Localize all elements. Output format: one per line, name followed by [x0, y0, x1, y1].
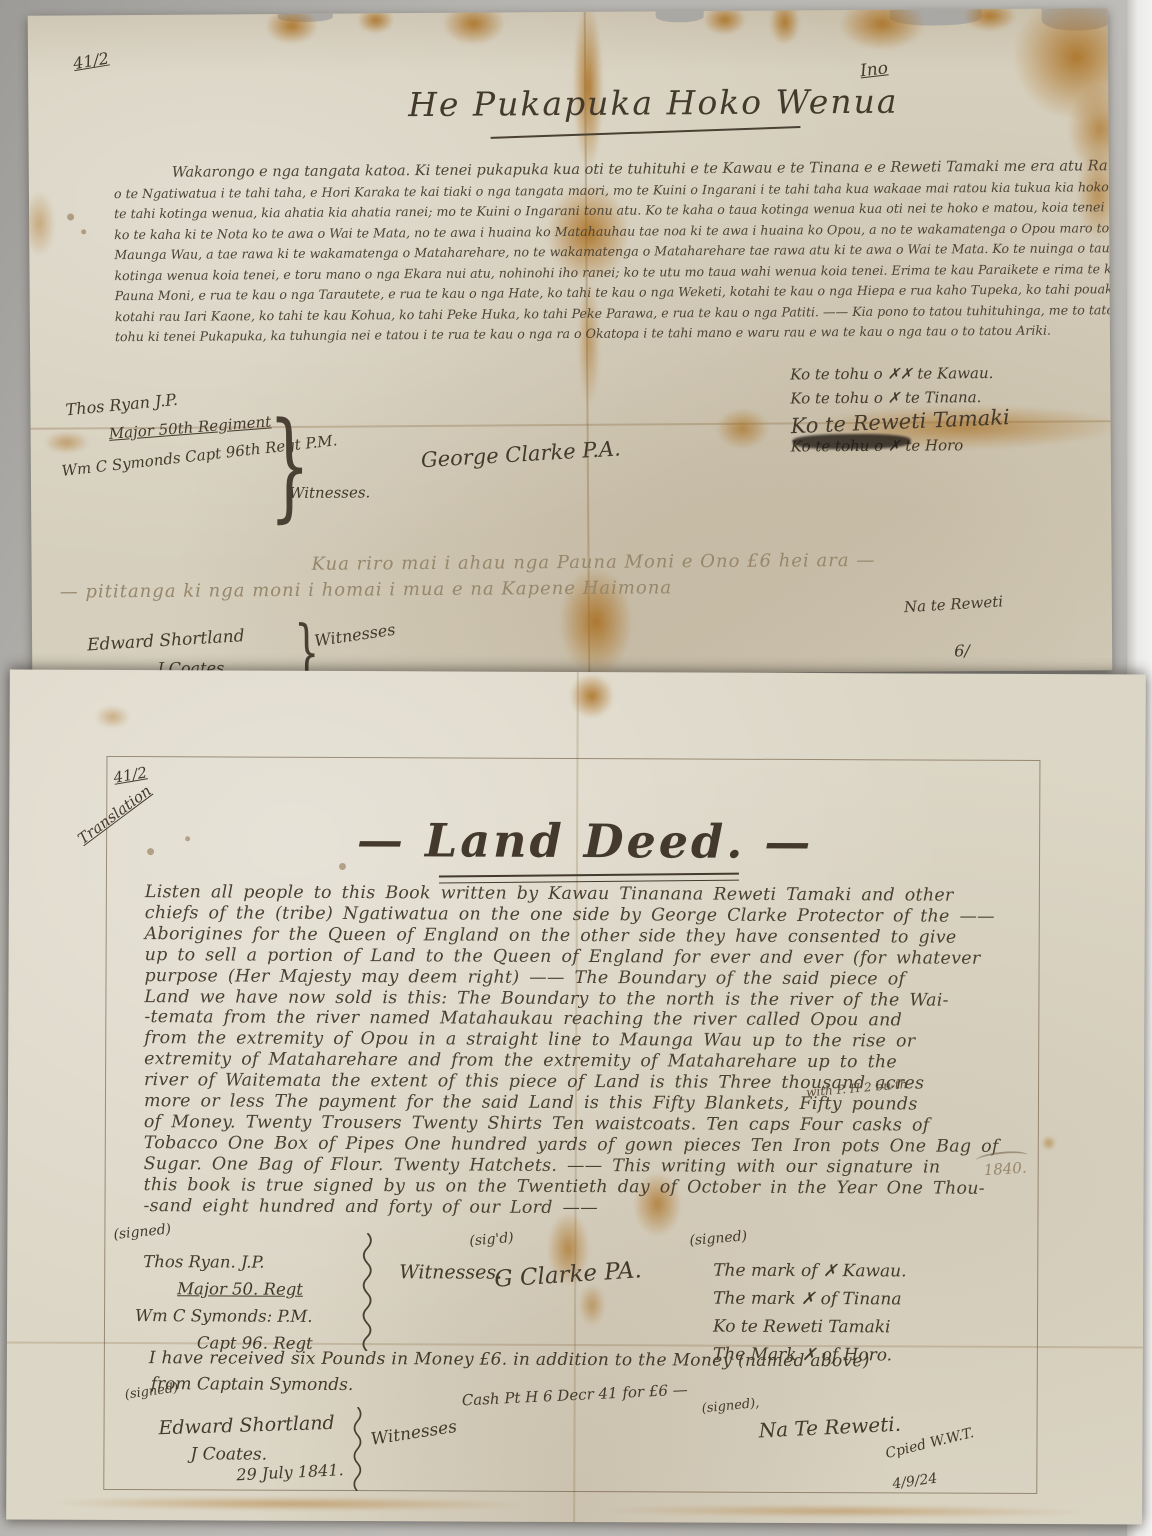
witness-name: Thos Ryan. J.P. [135, 1248, 313, 1276]
title-underline [491, 126, 801, 139]
witnesses-brace [359, 1233, 376, 1351]
margin-year-note: 1840. [983, 1158, 1027, 1179]
ink-smear [793, 434, 911, 450]
stain [704, 8, 746, 35]
deed-body: Listen all people to this Book written b… [143, 882, 1029, 1220]
receipt-line: — pititanga ki nga moni i homai i mua e … [60, 577, 673, 602]
witness-name: Major 50. Regt [135, 1275, 313, 1303]
mark-line: The mark ✗ of Tinana [713, 1285, 906, 1314]
mark-line: Ko te Reweti Tamaki [713, 1313, 906, 1342]
stain [96, 706, 130, 728]
witnesses-label: Witnesses. [399, 1261, 502, 1283]
witness-name: Thos Ryan J.P. [65, 390, 179, 420]
clarke-signature: George Clarke P.A. [420, 436, 621, 472]
stain [840, 8, 925, 50]
top-document-sheet: 41/2 Ino He Pukapuka Hoko Wenua Wakarong… [28, 8, 1113, 678]
witnesses-label: Witnesses. [289, 483, 370, 502]
receipt-line: Kua riro mai i ahau nga Pauna Moni e Ono… [311, 550, 875, 575]
witness-name: J Coates. [190, 1444, 267, 1464]
stain [45, 431, 89, 453]
stain [570, 674, 614, 718]
torn-edge-notch [656, 9, 704, 22]
bottom-document-sheet: 41/2 Translation — Land Deed. — Listen a… [6, 670, 1146, 1525]
mark-line: Ko te tohu o ✗✗ te Kawau. [790, 361, 1009, 387]
side-note: 6/ [954, 641, 970, 660]
top-doc-file-note-left: 41/2 [72, 49, 111, 74]
receipt-line: I have received six Pounds in Money £6. … [149, 1348, 870, 1371]
stain [358, 8, 394, 33]
witnesses-label: Witnesses [313, 620, 396, 651]
stain [266, 8, 318, 44]
bottom-doc-title: — Land Deed. — [17, 812, 1146, 871]
stain [54, 1496, 524, 1512]
stain [964, 8, 1016, 31]
stain [579, 1284, 605, 1326]
stain [716, 409, 768, 449]
speck [67, 213, 74, 220]
stain [770, 8, 800, 44]
receipt-line: from Captain Symonds. [151, 1374, 354, 1395]
deed-body-line: -sand eight hundred and forty of our Lor… [143, 1196, 1028, 1221]
top-doc-title: He Pukapuka Hoko Wenua [203, 80, 1103, 125]
stain [604, 1504, 1084, 1518]
witness-name: Wm C Symonds: P.M. [135, 1302, 313, 1330]
top-doc-file-note-right: Ino [859, 58, 889, 81]
receipt-signed: Na te Reweti [903, 592, 1003, 616]
witnesses-brace: } [268, 396, 310, 534]
stain [443, 8, 505, 45]
speck [81, 229, 86, 234]
photo-backdrop: 41/2 Ino He Pukapuka Hoko Wenua Wakarong… [0, 0, 1152, 1536]
witness-name: Major 50th Regiment [108, 412, 272, 442]
mark-line: The mark of ✗ Kawau. [713, 1257, 906, 1286]
witness-signatures: Thos Ryan. J.P. Major 50. Regt Wm C Symo… [135, 1248, 313, 1357]
stain [28, 192, 56, 256]
maori-deed-body: Wakarongo e nga tangata katoa. Ki tenei … [114, 156, 1113, 347]
stain [1042, 1136, 1056, 1150]
witnesses-brace [350, 1407, 364, 1491]
witness-name: Edward Shortland [87, 626, 246, 655]
